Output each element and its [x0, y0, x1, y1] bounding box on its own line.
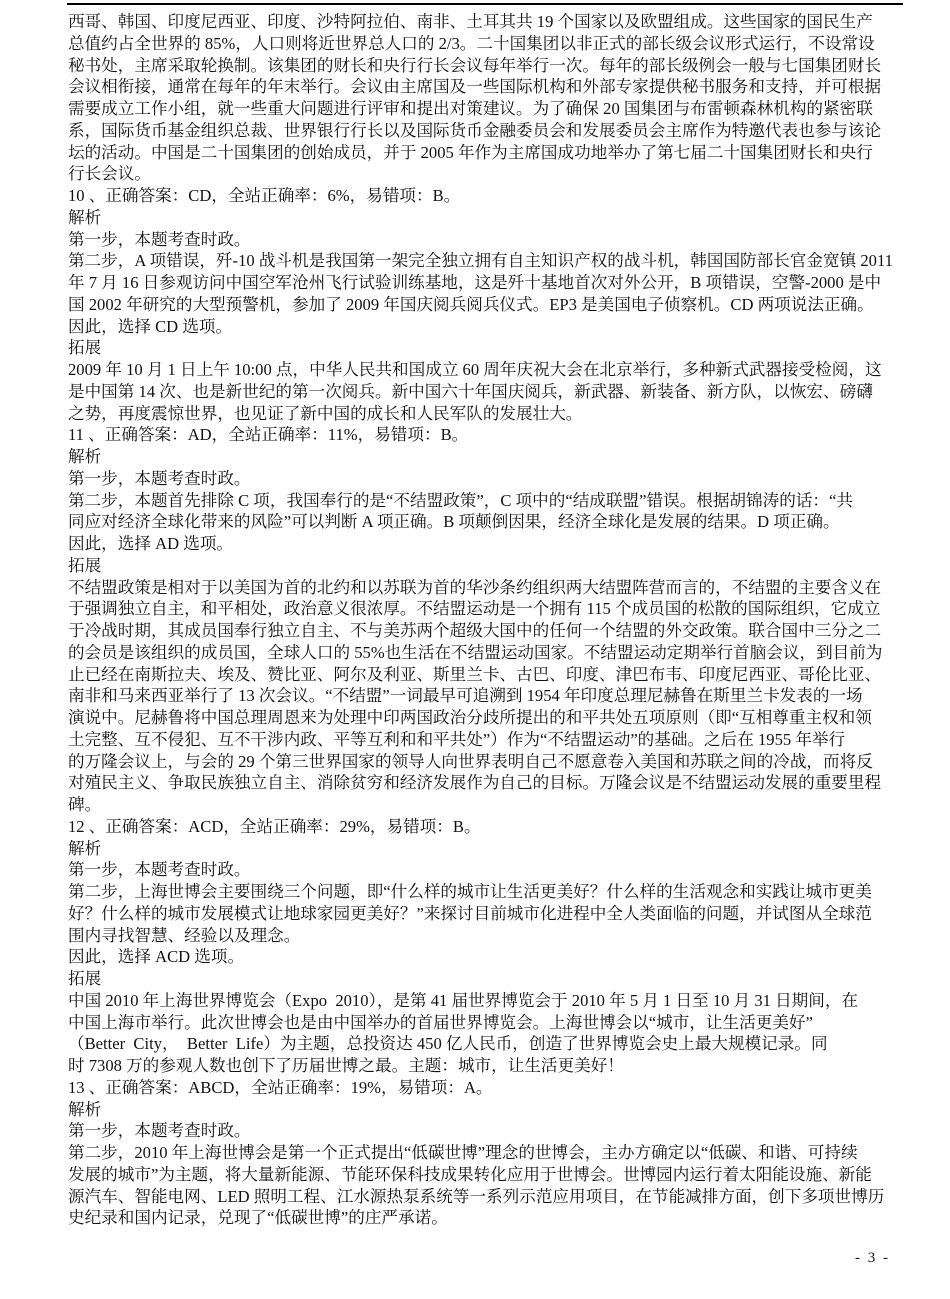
text-line: 第二步，2010 年上海世博会是第一个正式提出“低碳世博”理念的世博会，主办方确… — [68, 1142, 908, 1164]
text-line: 13 、正确答案：ABCD，全站正确率：19%，易错项：A。 — [68, 1077, 908, 1099]
paragraph: 因此，选择 ACD 选项。 — [68, 946, 908, 968]
document-body: 西哥、韩国、印度尼西亚、印度、沙特阿拉伯、南非、土耳其共 19 个国家以及欧盟组… — [68, 11, 908, 1229]
paragraph: 第一步，本题考查时政。 — [68, 859, 908, 881]
text-line: 10 、正确答案：CD，全站正确率：6%，易错项：B。 — [68, 185, 908, 207]
text-line: 解析 — [68, 446, 908, 468]
text-line: 第一步，本题考查时政。 — [68, 1120, 908, 1142]
paragraph: 因此，选择 CD 选项。 — [68, 316, 908, 338]
text-line: 第一步，本题考查时政。 — [68, 229, 908, 251]
text-line: 是中国第 14 次、也是新世纪的第一次阅兵。新中国六十年国庆阅兵，新武器、新装备… — [68, 381, 908, 403]
text-line: 拓展 — [68, 337, 908, 359]
text-line: 第二步，本题首先排除 C 项，我国奉行的是“不结盟政策”，C 项中的“结成联盟”… — [68, 490, 908, 512]
text-line: 11 、正确答案：AD，全站正确率：11%，易错项：B。 — [68, 424, 908, 446]
text-line: 会议相衔接，通常在每年的年末举行。会议由主席国及一些国际机构和外部专家提供秘书服… — [68, 76, 908, 98]
text-line: 源汽车、智能电网、LED 照明工程、江水源热泵系统等一系列示范应用项目，在节能减… — [68, 1186, 908, 1208]
paragraph: 第二步，本题首先排除 C 项，我国奉行的是“不结盟政策”，C 项中的“结成联盟”… — [68, 490, 908, 534]
text-line: 因此，选择 AD 选项。 — [68, 533, 908, 555]
text-line: 止已经在南斯拉夫、埃及、赞比亚、阿尔及利亚、斯里兰卡、古巴、印度、津巴布韦、印度… — [68, 664, 908, 686]
text-line: 围内寻找智慧、经验以及理念。 — [68, 925, 908, 947]
text-line: 因此，选择 ACD 选项。 — [68, 946, 908, 968]
text-line: 于强调独立自主，和平相处，政治意义很浓厚。不结盟运动是一个拥有 115 个成员国… — [68, 598, 908, 620]
text-line: 秘书处，主席采取轮换制。该集团的财长和央行行长会议每年举行一次。每年的部长级例会… — [68, 55, 908, 77]
text-line: 12 、正确答案：ACD，全站正确率：29%，易错项：B。 — [68, 816, 908, 838]
paragraph: 第一步，本题考查时政。 — [68, 229, 908, 251]
text-line: 对殖民主义、争取民族独立自主、消除贫穷和经济发展作为自己的目标。万隆会议是不结盟… — [68, 772, 908, 794]
paragraph: 第一步，本题考查时政。 — [68, 1120, 908, 1142]
text-line: 中国上海市举行。此次世博会也是由中国举办的首届世界博览会。上海世博会以“城市，让… — [68, 1012, 908, 1034]
paragraph: 第二步，上海世博会主要围绕三个问题，即“什么样的城市让生活更美好？什么样的生活观… — [68, 881, 908, 946]
text-line: 第二步，A 项错误，歼-10 战斗机是我国第一架完全独立拥有自主知识产权的战斗机… — [68, 250, 908, 272]
text-line: 解析 — [68, 838, 908, 860]
text-line: 国 2002 年研究的大型预警机，参加了 2009 年国庆阅兵阅兵仪式。EP3 … — [68, 294, 908, 316]
text-line: 第一步，本题考查时政。 — [68, 859, 908, 881]
text-line: 史纪录和国内记录，兑现了“低碳世博”的庄严承诺。 — [68, 1207, 908, 1229]
text-line: 发展的城市”为主题，将大量新能源、节能环保科技成果转化应用于世博会。世博园内运行… — [68, 1164, 908, 1186]
text-line: 南非和马来西亚举行了 13 次会议。“不结盟”一词最早可追溯到 1954 年印度… — [68, 685, 908, 707]
text-line: 第一步，本题考查时政。 — [68, 468, 908, 490]
text-line: 于冷战时期，其成员国奉行独立自主、不与美苏两个超级大国中的任何一个结盟的外交政策… — [68, 620, 908, 642]
paragraph: 中国 2010 年上海世界博览会（Expo 2010），是第 41 届世界博览会… — [68, 990, 908, 1077]
text-line: 时 7308 万的参观人数也创下了历届世博之最。主题：城市，让生活更美好！ — [68, 1055, 908, 1077]
document-page: 西哥、韩国、印度尼西亚、印度、沙特阿拉伯、南非、土耳其共 19 个国家以及欧盟组… — [0, 0, 950, 1299]
paragraph: 拓展 — [68, 555, 908, 577]
text-line: （Better City， Better Life）为主题，总投资达 450 亿… — [68, 1033, 908, 1055]
paragraph: 解析 — [68, 446, 908, 468]
paragraph: 解析 — [68, 207, 908, 229]
text-line: 之势，再度震惊世界，也见证了新中国的成长和人民军队的发展壮大。 — [68, 403, 908, 425]
paragraph: 不结盟政策是相对于以美国为首的北约和以苏联为首的华沙条约组织两大结盟阵营而言的，… — [68, 577, 908, 816]
text-line: 西哥、韩国、印度尼西亚、印度、沙特阿拉伯、南非、土耳其共 19 个国家以及欧盟组… — [68, 11, 908, 33]
text-line: 中国 2010 年上海世界博览会（Expo 2010），是第 41 届世界博览会… — [68, 990, 908, 1012]
text-line: 不结盟政策是相对于以美国为首的北约和以苏联为首的华沙条约组织两大结盟阵营而言的，… — [68, 577, 908, 599]
text-line: 碑。 — [68, 794, 908, 816]
text-line: 同应对经济全球化带来的风险”可以判断 A 项正确。B 项颠倒因果，经济全球化是发… — [68, 511, 908, 533]
text-line: 系，国际货币基金组织总裁、世界银行行长以及国际货币金融委员会和发展委员会主席作为… — [68, 120, 908, 142]
text-line: 2009 年 10 月 1 日上午 10:00 点，中华人民共和国成立 60 周… — [68, 359, 908, 381]
text-line: 第二步，上海世博会主要围绕三个问题，即“什么样的城市让生活更美好？什么样的生活观… — [68, 881, 908, 903]
text-line: 演说中。尼赫鲁将中国总理周恩来为处理中印两国政治分歧所提出的和平共处五项原则（即… — [68, 707, 908, 729]
text-line: 的会员是该组织的成员国，全球人口的 55%也生活在不结盟运动国家。不结盟运动定期… — [68, 642, 908, 664]
paragraph: 2009 年 10 月 1 日上午 10:00 点，中华人民共和国成立 60 周… — [68, 359, 908, 424]
paragraph: 13 、正确答案：ABCD，全站正确率：19%，易错项：A。 — [68, 1077, 908, 1099]
page-number: - 3 - — [855, 1250, 890, 1267]
paragraph: 第二步，A 项错误，歼-10 战斗机是我国第一架完全独立拥有自主知识产权的战斗机… — [68, 250, 908, 315]
paragraph: 拓展 — [68, 337, 908, 359]
paragraph: 因此，选择 AD 选项。 — [68, 533, 908, 555]
text-line: 坛的活动。中国是二十国集团的创始成员，并于 2005 年作为主席国成功地举办了第… — [68, 142, 908, 164]
text-line: 解析 — [68, 207, 908, 229]
paragraph: 12 、正确答案：ACD，全站正确率：29%，易错项：B。 — [68, 816, 908, 838]
text-line: 的万隆会议上，与会的 29 个第三世界国家的领导人向世界表明自己不愿意卷入美国和… — [68, 751, 908, 773]
text-line: 拓展 — [68, 555, 908, 577]
text-line: 拓展 — [68, 968, 908, 990]
paragraph: 第二步，2010 年上海世博会是第一个正式提出“低碳世博”理念的世博会，主办方确… — [68, 1142, 908, 1229]
paragraph: 解析 — [68, 838, 908, 860]
paragraph: 解析 — [68, 1099, 908, 1121]
text-line: 行长会议。 — [68, 163, 908, 185]
text-line: 土完整、互不侵犯、互不干涉内政、平等互利和和平共处”）作为“不结盟运动”的基础。… — [68, 729, 908, 751]
paragraph: 拓展 — [68, 968, 908, 990]
text-line: 需要成立工作小组，就一些重大问题进行评审和提出对策建议。为了确保 20 国集团与… — [68, 98, 908, 120]
header-rule — [67, 3, 903, 5]
text-line: 好？什么样的城市发展模式让地球家园更美好？”来探讨目前城市化进程中全人类面临的问… — [68, 903, 908, 925]
paragraph: 第一步，本题考查时政。 — [68, 468, 908, 490]
text-line: 总值约占全世界的 85%，人口则将近世界总人口的 2/3。二十国集团以非正式的部… — [68, 33, 908, 55]
text-line: 因此，选择 CD 选项。 — [68, 316, 908, 338]
text-line: 年 7 月 16 日参观访问中国空军沧州飞行试验训练基地，这是歼十基地首次对外公… — [68, 272, 908, 294]
paragraph: 11 、正确答案：AD，全站正确率：11%，易错项：B。 — [68, 424, 908, 446]
paragraph: 10 、正确答案：CD，全站正确率：6%，易错项：B。 — [68, 185, 908, 207]
paragraph: 西哥、韩国、印度尼西亚、印度、沙特阿拉伯、南非、土耳其共 19 个国家以及欧盟组… — [68, 11, 908, 185]
text-line: 解析 — [68, 1099, 908, 1121]
